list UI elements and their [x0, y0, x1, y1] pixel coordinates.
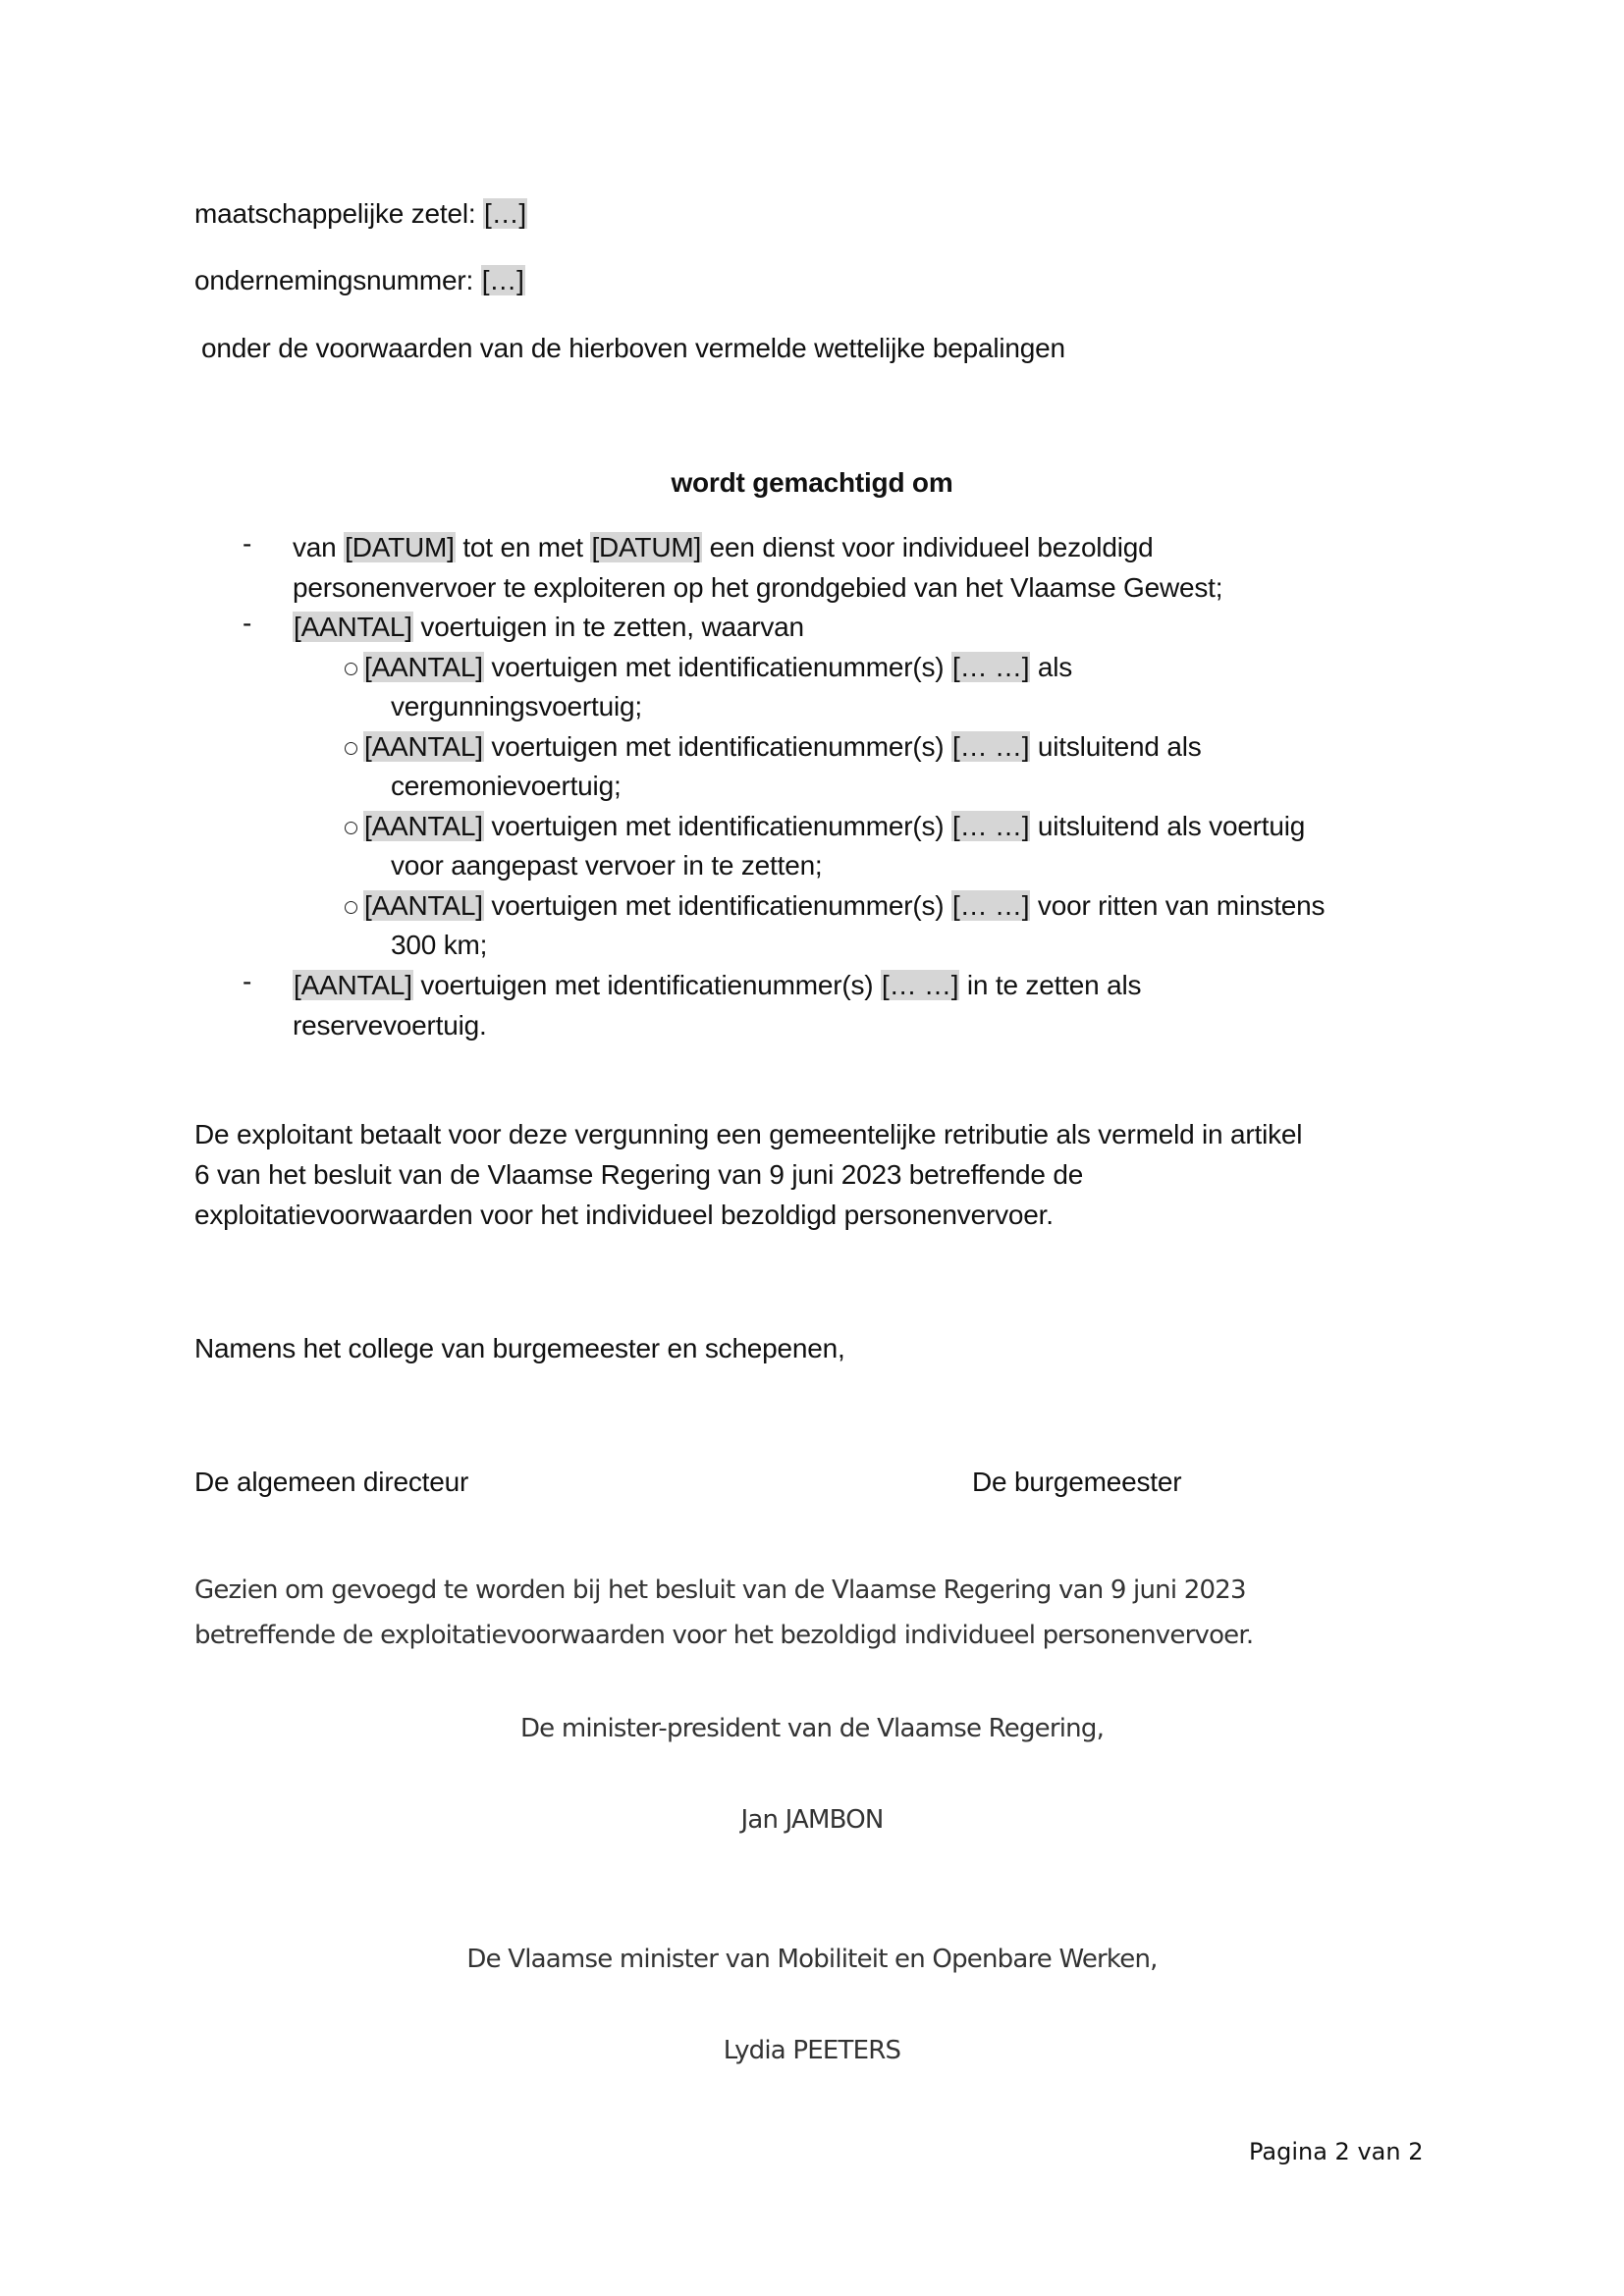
sub-list-item: [AANTAL] voertuigen met identificatienum…: [363, 886, 1325, 926]
minister-mobility-title: De Vlaamse minister van Mobiliteit en Op…: [0, 1940, 1624, 1979]
placeholder-highlight: [AANTAL]: [363, 652, 484, 682]
placeholder-highlight: [AANTAL]: [293, 970, 413, 1000]
list-item: van [DATUM] tot en met [DATUM] een diens…: [293, 528, 1153, 567]
sub-list-item: [AANTAL] voertuigen met identificatienum…: [363, 807, 1305, 846]
placeholder-highlight: [… …]: [951, 652, 1030, 682]
placeholder-highlight: [… …]: [951, 890, 1030, 921]
list-item-continuation: personenvervoer te exploiteren op het gr…: [293, 568, 1222, 608]
circle-bullet-icon: [345, 822, 357, 834]
placeholder-highlight: [AANTAL]: [363, 890, 484, 921]
sub-list-item-continuation: voor aangepast vervoer in te zetten;: [391, 846, 823, 885]
field-label: maatschappelijke zetel:: [194, 198, 475, 229]
placeholder-highlight: [AANTAL]: [363, 811, 484, 841]
circle-bullet-icon: [345, 901, 357, 914]
list-item: [AANTAL] voertuigen in te zetten, waarva…: [293, 608, 804, 647]
conditions-line: onder de voorwaarden van de hierboven ve…: [201, 329, 1065, 368]
retributie-line-2: 6 van het besluit van de Vlaamse Regerin…: [194, 1155, 1083, 1195]
list-item-continuation: reservevoertuig.: [293, 1006, 487, 1045]
minister-mobility-name: Lydia PEETERS: [0, 2031, 1624, 2070]
sub-list-item-continuation: vergunningsvoertuig;: [391, 687, 642, 726]
annex-note-line-2: betreffende de exploitatievoorwaarden vo…: [194, 1616, 1253, 1655]
authorization-heading: wordt gemachtigd om: [0, 463, 1624, 503]
placeholder-highlight: [… …]: [951, 731, 1030, 762]
on-behalf-line: Namens het college van burgemeester en s…: [194, 1329, 845, 1368]
signatory-right: De burgemeester: [972, 1463, 1181, 1502]
dash-bullet-icon: -: [243, 966, 251, 997]
sub-list-item-continuation: 300 km;: [391, 926, 487, 965]
placeholder-highlight: […]: [481, 265, 525, 295]
sub-list-item: [AANTAL] voertuigen met identificatienum…: [363, 648, 1072, 687]
sub-list-item-continuation: ceremonievoertuig;: [391, 767, 622, 806]
list-item: [AANTAL] voertuigen met identificatienum…: [293, 966, 1141, 1005]
sub-list-item: [AANTAL] voertuigen met identificatienum…: [363, 727, 1202, 767]
annex-note-line-1: Gezien om gevoegd te worden bij het besl…: [194, 1571, 1246, 1610]
placeholder-highlight: [… …]: [881, 970, 959, 1000]
field-label: ondernemingsnummer:: [194, 265, 473, 295]
page-number-footer: Pagina 2 van 2: [1249, 2138, 1423, 2165]
circle-bullet-icon: [345, 742, 357, 755]
dash-bullet-icon: -: [243, 528, 251, 560]
minister-president-title: De minister-president van de Vlaamse Reg…: [0, 1709, 1624, 1748]
placeholder-highlight: [DATUM]: [590, 532, 702, 562]
signatory-left: De algemeen directeur: [194, 1463, 468, 1502]
field-maatschappelijke-zetel: maatschappelijke zetel: […]: [194, 194, 527, 234]
dash-bullet-icon: -: [243, 608, 251, 639]
field-ondernemingsnummer: ondernemingsnummer: […]: [194, 261, 525, 300]
minister-president-name: Jan JAMBON: [0, 1800, 1624, 1840]
placeholder-highlight: [DATUM]: [344, 532, 456, 562]
circle-bullet-icon: [345, 663, 357, 675]
placeholder-highlight: [AANTAL]: [363, 731, 484, 762]
placeholder-highlight: […]: [483, 198, 527, 229]
placeholder-highlight: [AANTAL]: [293, 612, 413, 642]
retributie-line-3: exploitatievoorwaarden voor het individu…: [194, 1196, 1054, 1235]
retributie-line-1: De exploitant betaalt voor deze vergunni…: [194, 1115, 1302, 1154]
placeholder-highlight: [… …]: [951, 811, 1030, 841]
